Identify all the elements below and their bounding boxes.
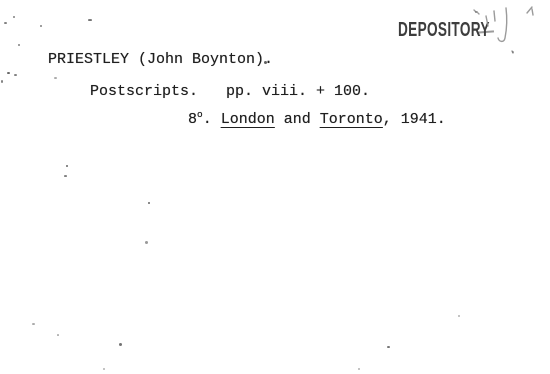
collation-text: pp. viii. + 100. [226, 83, 370, 100]
scan-speck [32, 323, 35, 325]
scan-speck [54, 77, 57, 79]
place-toronto: Toronto [320, 111, 383, 128]
place-london: London [221, 111, 275, 128]
scan-speck [57, 334, 59, 336]
imprint-line: 8o. London and Toronto, 1941. [188, 110, 446, 130]
date-text: , 1941. [383, 111, 446, 128]
scan-speck [148, 202, 150, 204]
scan-speck [264, 61, 267, 64]
scan-speck [103, 368, 105, 370]
scan-speck [64, 175, 67, 177]
scan-speck [475, 11, 478, 13]
scan-speck [145, 241, 148, 244]
scan-speck [119, 343, 122, 346]
scan-speck [40, 25, 42, 27]
scan-speck [88, 19, 92, 21]
scan-speck [387, 346, 390, 348]
scan-speck [512, 51, 514, 53]
scan-speck [13, 16, 15, 18]
scan-speck [7, 72, 10, 74]
scan-speck [358, 368, 360, 370]
format-separator: . [203, 111, 221, 128]
format-number: 8 [188, 111, 197, 128]
scan-speck [4, 22, 7, 24]
title-line: Postscripts.pp. viii. + 100. [90, 82, 370, 101]
scan-speck [66, 165, 68, 167]
conjunction-text: and [275, 111, 320, 128]
scan-speck [458, 315, 460, 317]
title-text: Postscripts. [90, 83, 198, 100]
catalog-card: DEPOSITORY PRIESTLEY (John Boynton). Pos… [0, 0, 550, 374]
format-superscript: o [197, 109, 203, 120]
scan-speck [18, 44, 20, 46]
author-heading: PRIESTLEY (John Boynton). [48, 50, 273, 69]
scan-speck [14, 74, 17, 76]
pencil-marks [468, 0, 550, 60]
scan-speck [1, 80, 3, 83]
